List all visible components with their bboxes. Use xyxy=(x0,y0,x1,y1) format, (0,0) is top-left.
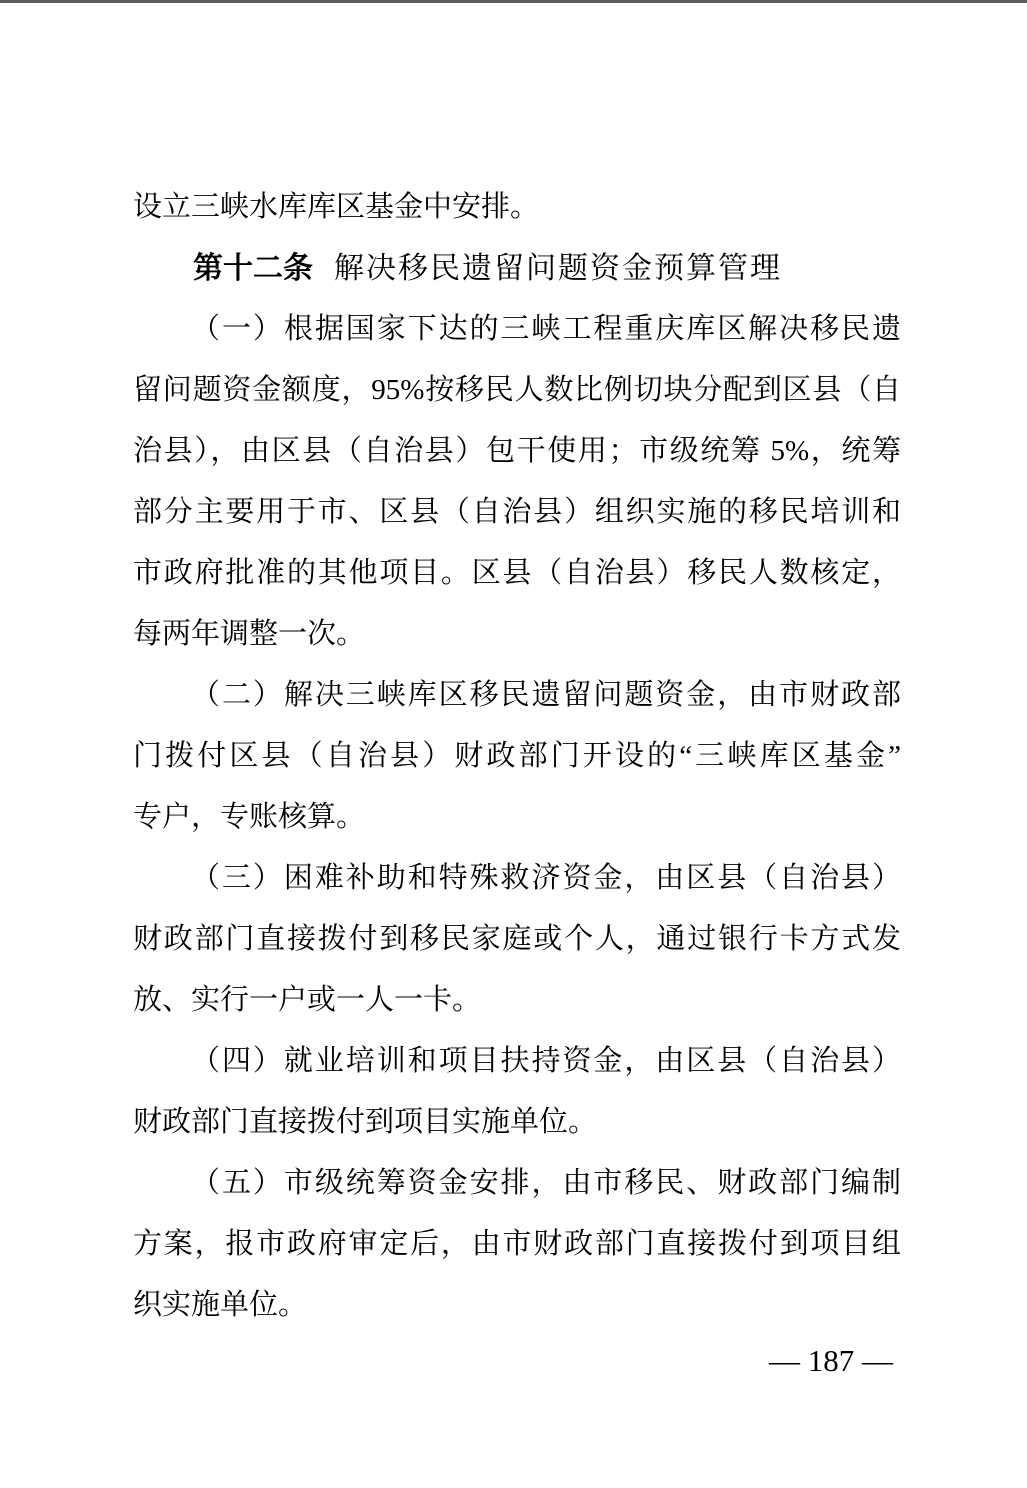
body-line: 财政部门直接拨付到移民家庭或个人，通过银行卡方式发 xyxy=(133,909,901,970)
body-line: 财政部门直接拨付到项目实施单位。 xyxy=(133,1092,901,1153)
scan-edge-bar xyxy=(0,0,1027,3)
article-number: 第十二条 xyxy=(193,252,313,285)
body-line: 门拨付区县（自治县）财政部门开设的“三峡库区基金” xyxy=(133,726,901,787)
body-line: 每两年调整一次。 xyxy=(133,604,901,665)
body-line: 治县），由区县（自治县）包干使用；市级统筹 5%，统筹 xyxy=(133,421,901,482)
body-line: （三）困难补助和特殊救济资金，由区县（自治县） xyxy=(133,848,901,909)
intro-line: 设立三峡水库库区基金中安排。 xyxy=(133,177,901,238)
document-page: { "page": { "background_color": "#ffffff… xyxy=(0,0,1027,1488)
article-heading: 第十二条解决移民遗留问题资金预算管理 xyxy=(133,238,901,299)
body-line: 部分主要用于市、区县（自治县）组织实施的移民培训和 xyxy=(133,482,901,543)
body-line: 方案，报市政府审定后，由市财政部门直接拨付到项目组 xyxy=(133,1214,901,1275)
body-line: 专户，专账核算。 xyxy=(133,787,901,848)
body-line: （五）市级统筹资金安排，由市移民、财政部门编制 xyxy=(133,1153,901,1214)
page-number: — 187 — xyxy=(769,1341,893,1381)
article-title: 解决移民遗留问题资金预算管理 xyxy=(334,252,782,285)
body-line: （一）根据国家下达的三峡工程重庆库区解决移民遗 xyxy=(133,299,901,360)
body-line: 留问题资金额度，95%按移民人数比例切块分配到区县（自 xyxy=(133,360,901,421)
body-line: 织实施单位。 xyxy=(133,1275,901,1336)
article-text-block: 设立三峡水库库区基金中安排。 第十二条解决移民遗留问题资金预算管理 （一）根据国… xyxy=(133,177,901,1336)
body-line: （四）就业培训和项目扶持资金，由区县（自治县） xyxy=(133,1031,901,1092)
body-line: 市政府批准的其他项目。区县（自治县）移民人数核定， xyxy=(133,543,901,604)
body-line: （二）解决三峡库区移民遗留问题资金，由市财政部 xyxy=(133,665,901,726)
body-line: 放、实行一户或一人一卡。 xyxy=(133,970,901,1031)
